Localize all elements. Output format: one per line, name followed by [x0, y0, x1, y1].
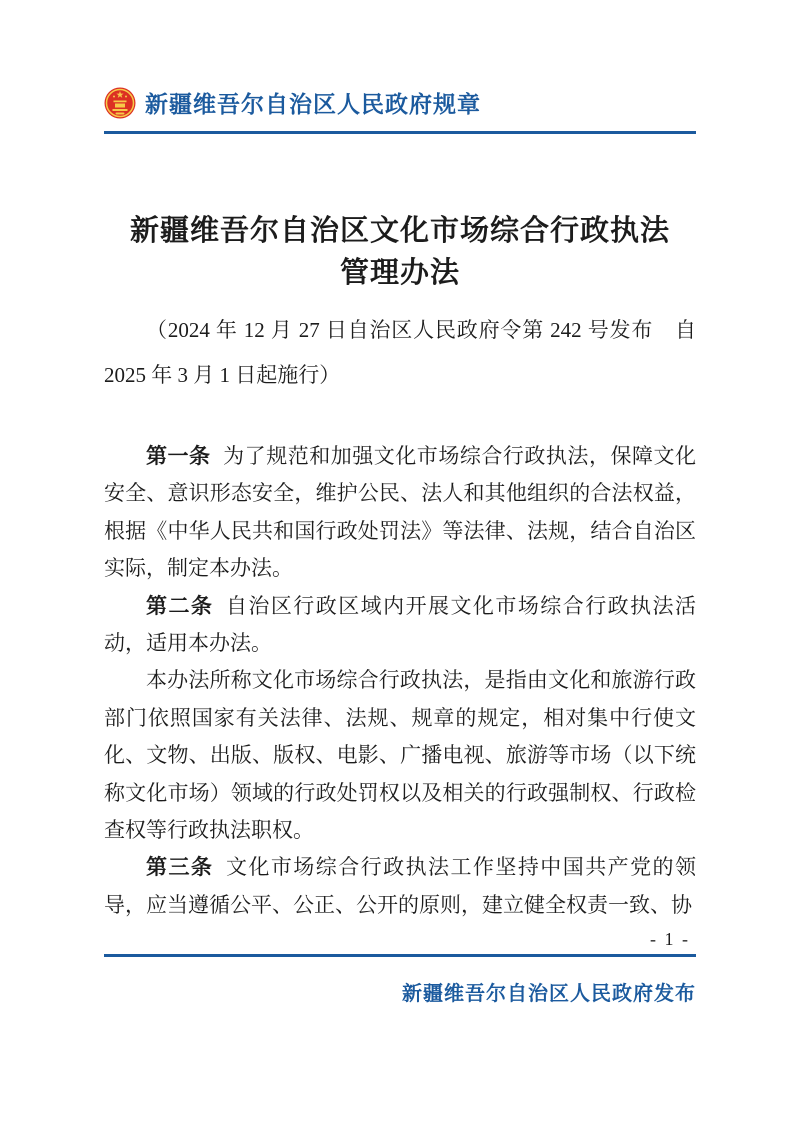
- article-3-label: 第三条: [146, 855, 213, 879]
- document-title: 新疆维吾尔自治区文化市场综合行政执法 管理办法: [104, 210, 696, 294]
- footer-publisher: 新疆维吾尔自治区人民政府发布: [104, 977, 696, 1006]
- document-page: 新疆维吾尔自治区人民政府规章 新疆维吾尔自治区文化市场综合行政执法 管理办法 （…: [0, 0, 793, 1122]
- article-2-definition-text: 本办法所称文化市场综合行政执法，是指由文化和旅游行政部门依照国家有关法律、法规、…: [104, 668, 696, 842]
- promulgation-note: （2024 年 12 月 27 日自治区人民政府令第 242 号发布 自 202…: [104, 308, 696, 398]
- article-2-label: 第二条: [146, 594, 213, 618]
- document-header: 新疆维吾尔自治区人民政府规章: [104, 86, 696, 119]
- document-title-line-2: 管理办法: [104, 252, 696, 294]
- article-2-paragraph: 第二条自治区行政区域内开展文化市场综合行政执法活动，适用本办法。: [104, 588, 696, 663]
- header-agency-title: 新疆维吾尔自治区人民政府规章: [145, 86, 481, 119]
- article-1-paragraph: 第一条为了规范和加强文化市场综合行政执法，保障文化安全、意识形态安全，维护公民、…: [104, 438, 696, 588]
- article-2-definition-paragraph: 本办法所称文化市场综合行政执法，是指由文化和旅游行政部门依照国家有关法律、法规、…: [104, 662, 696, 849]
- document-title-line-1: 新疆维吾尔自治区文化市场综合行政执法: [104, 210, 696, 252]
- footer-rule: [104, 954, 696, 957]
- article-3-paragraph: 第三条文化市场综合行政执法工作坚持中国共产党的领导，应当遵循公平、公正、公开的原…: [104, 849, 696, 924]
- article-1-label: 第一条: [146, 444, 211, 468]
- header-rule: [104, 131, 696, 134]
- document-body: 第一条为了规范和加强文化市场综合行政执法，保障文化安全、意识形态安全，维护公民、…: [104, 438, 696, 924]
- national-emblem-icon: [104, 87, 136, 119]
- page-number: - 1 -: [104, 928, 696, 950]
